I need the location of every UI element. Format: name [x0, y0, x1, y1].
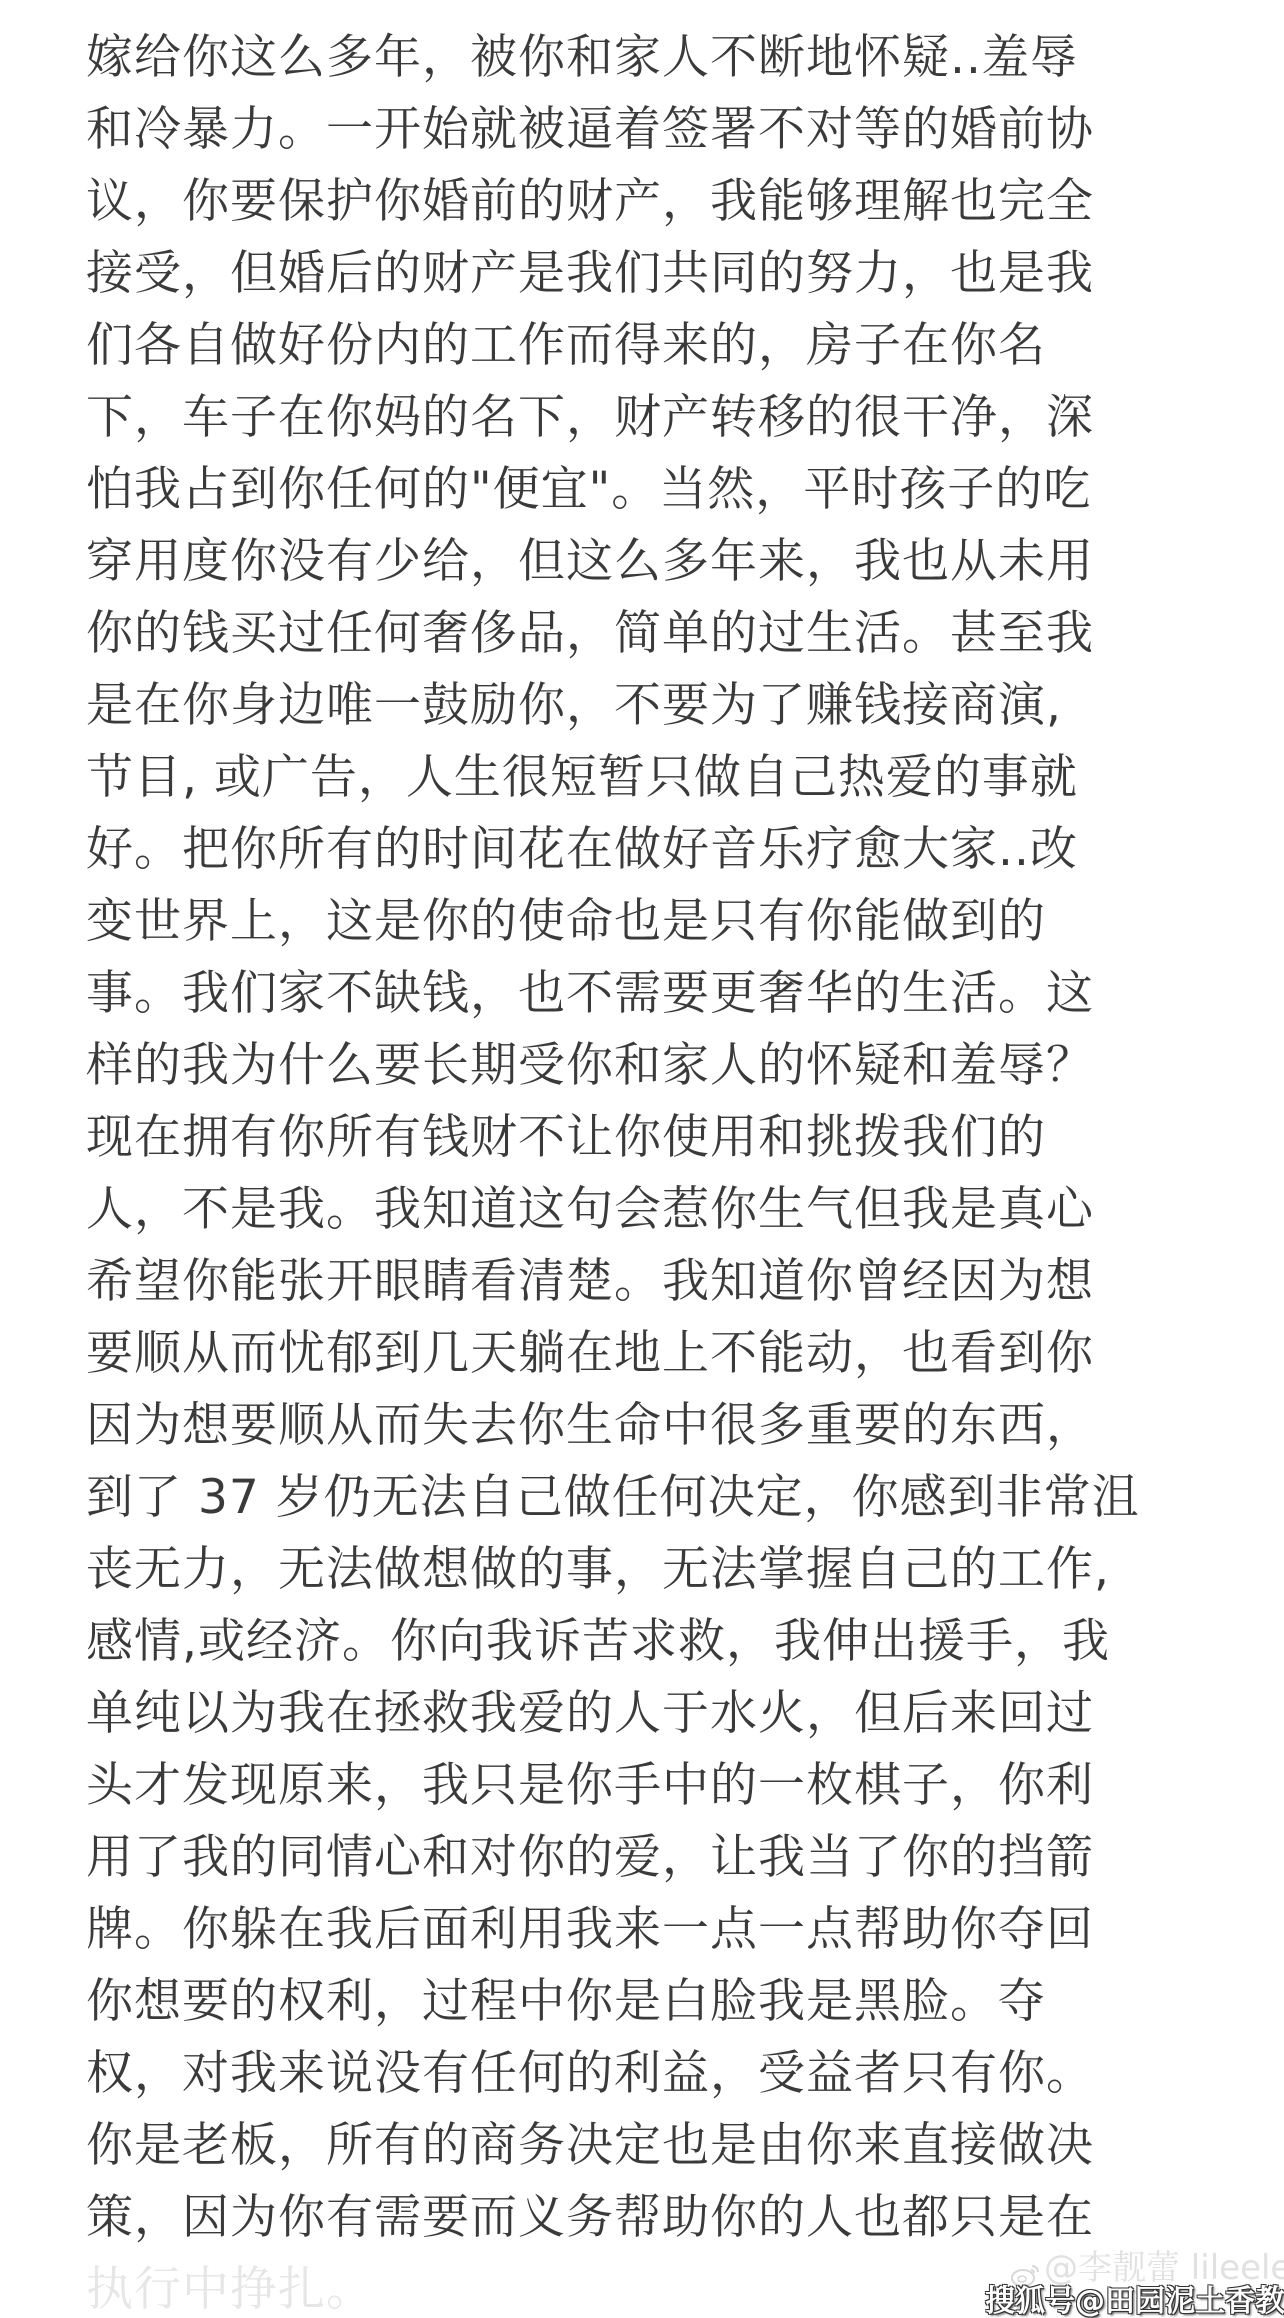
text-line: 到了 37 岁仍无法自己做任何决定，你感到非常沮 — [86, 1462, 1216, 1534]
text-line: 和冷暴力。一开始就被逼着签署不对等的婚前协 — [86, 94, 1216, 166]
text-line: 你想要的权利，过程中你是白脸我是黑脸。夺 — [86, 1966, 1216, 2038]
text-line: 是在你身边唯一鼓励你，不要为了赚钱接商演, — [86, 670, 1216, 742]
letter-text: 嫁给你这么多年，被你和家人不断地怀疑..羞辱 和冷暴力。一开始就被逼着签署不对等… — [86, 22, 1216, 2318]
sohu-watermark: 搜狐号@田园泥土香教育 — [985, 2276, 1284, 2318]
text-line: 人，不是我。我知道这句会惹你生气但我是真心 — [86, 1174, 1216, 1246]
text-line: 穿用度你没有少给，但这么多年来，我也从未用 — [86, 526, 1216, 598]
text-line: 嫁给你这么多年，被你和家人不断地怀疑..羞辱 — [86, 22, 1216, 94]
text-line: 希望你能张开眼睛看清楚。我知道你曾经因为想 — [86, 1246, 1216, 1318]
text-line: 用了我的同情心和对你的爱，让我当了你的挡箭 — [86, 1822, 1216, 1894]
text-line: 样的我为什么要长期受你和家人的怀疑和羞辱？ — [86, 1030, 1216, 1102]
document-page: 嫁给你这么多年，被你和家人不断地怀疑..羞辱 和冷暴力。一开始就被逼着签署不对等… — [0, 0, 1284, 2318]
text-line: 下，车子在你妈的名下，财产转移的很干净，深 — [86, 382, 1216, 454]
text-line: 现在拥有你所有钱财不让你使用和挑拨我们的 — [86, 1102, 1216, 1174]
text-line: 怕我占到你任何的"便宜"。当然，平时孩子的吃 — [86, 454, 1216, 526]
text-line: 你的钱买过任何奢侈品，简单的过生活。甚至我 — [86, 598, 1216, 670]
text-line: 因为想要顺从而失去你生命中很多重要的东西， — [86, 1390, 1216, 1462]
text-line: 丧无力，无法做想做的事，无法掌握自己的工作, — [86, 1534, 1216, 1606]
text-line: 事。我们家不缺钱，也不需要更奢华的生活。这 — [86, 958, 1216, 1030]
text-line: 们各自做好份内的工作而得来的，房子在你名 — [86, 310, 1216, 382]
text-line: 要顺从而忧郁到几天躺在地上不能动，也看到你 — [86, 1318, 1216, 1390]
text-line: 好。把你所有的时间花在做好音乐疗愈大家..改 — [86, 814, 1216, 886]
text-line: 权，对我来说没有任何的利益，受益者只有你。 — [86, 2038, 1216, 2110]
text-line: 头才发现原来，我只是你手中的一枚棋子，你利 — [86, 1750, 1216, 1822]
text-line: 接受，但婚后的财产是我们共同的努力，也是我 — [86, 238, 1216, 310]
text-line: 你是老板，所有的商务决定也是由你来直接做决 — [86, 2110, 1216, 2182]
text-line: 牌。你躲在我后面利用我来一点一点帮助你夺回 — [86, 1894, 1216, 1966]
text-line: 议，你要保护你婚前的财产，我能够理解也完全 — [86, 166, 1216, 238]
text-line: 变世界上，这是你的使命也是只有你能做到的 — [86, 886, 1216, 958]
text-line: 节目, 或广告，人生很短暂只做自己热爱的事就 — [86, 742, 1216, 814]
text-line: 感情,或经济。你向我诉苦求救，我伸出援手，我 — [86, 1606, 1216, 1678]
text-line: 单纯以为我在拯救我爱的人于水火，但后来回过 — [86, 1678, 1216, 1750]
